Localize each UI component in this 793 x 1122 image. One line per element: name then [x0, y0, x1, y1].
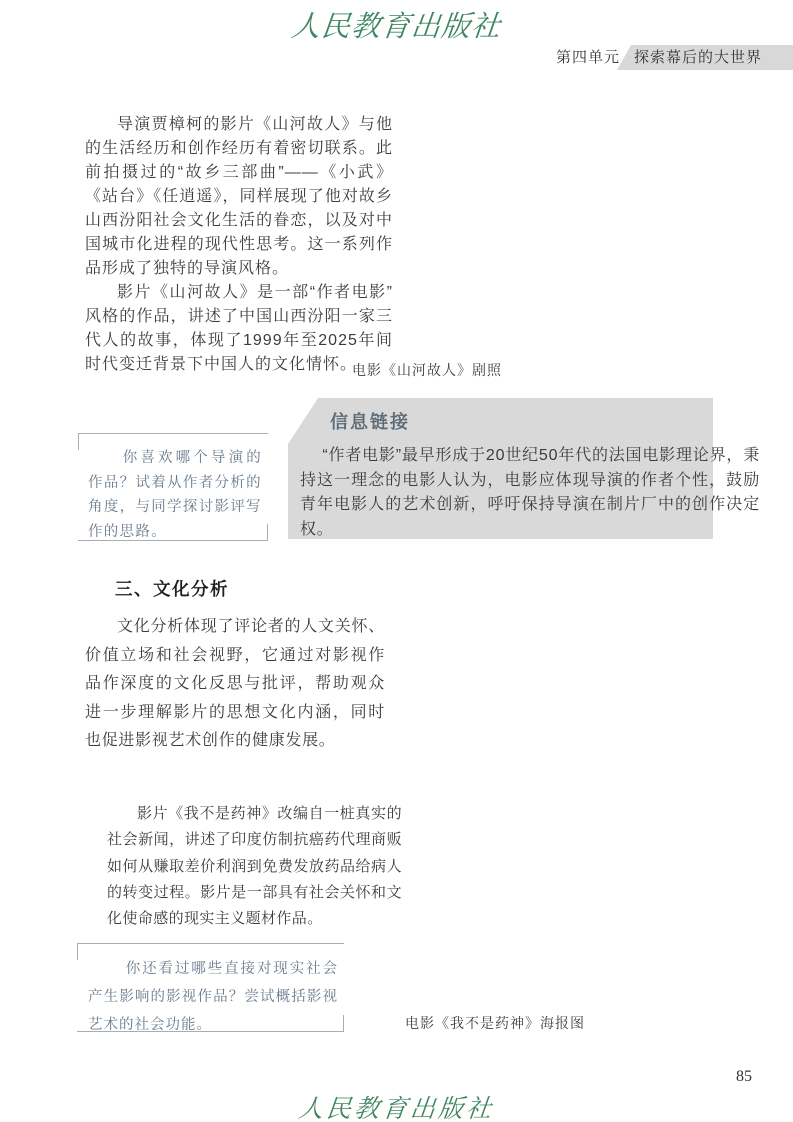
info-link-body: “作者电影”最早形成于20世纪50年代的法国电影理论界，秉持这一理念的电影人认为…	[300, 444, 760, 543]
textbook-page: 人民教育出版社 第四单元 探索幕后的大世界 导演贾樟柯的影片《山河故人》与他的生…	[0, 0, 793, 1122]
film-still-caption: 电影《山河故人》剧照	[352, 360, 502, 380]
publisher-logo-top: 人民教育出版社	[0, 4, 793, 45]
paragraph-auteur-film: 影片《山河故人》是一部“作者电影”风格的作品，讲述了中国山西汾阳一家三代人的故事…	[85, 281, 393, 377]
page-number: 85	[736, 1068, 752, 1086]
main-text-column: 导演贾樟柯的影片《山河故人》与他的生活经历和创作经历有着密切联系。此前拍摄过的“…	[85, 113, 393, 377]
paragraph-director-intro: 导演贾樟柯的影片《山河故人》与他的生活经历和创作经历有着密切联系。此前拍摄过的“…	[85, 113, 393, 281]
paragraph-culture-analysis: 文化分析体现了评论者的人文关怀、价值立场和社会视野，它通过对影视作品作深度的文化…	[85, 613, 385, 756]
margin-question-note-1: 你喜欢哪个导演的作品？试着从作者分析的角度，与同学探讨影评写作的思路。	[78, 433, 268, 541]
section-heading-culture-analysis: 三、文化分析	[115, 576, 229, 601]
margin-question-note-2: 你还看过哪些直接对现实社会产生影响的影视作品？尝试概括影视艺术的社会功能。	[77, 943, 344, 1032]
paragraph-dying-to-survive: 影片《我不是药神》改编自一桩真实的社会新闻，讲述了印度仿制抗癌药代理商贩如何从赚…	[107, 801, 402, 932]
margin-question-text-2: 你还看过哪些直接对现实社会产生影响的影视作品？尝试概括影视艺术的社会功能。	[77, 943, 344, 1039]
unit-title-tab: 探索幕后的大世界	[617, 45, 793, 70]
info-link-title: 信息链接	[330, 408, 410, 434]
unit-label: 第四单元	[556, 46, 620, 70]
margin-question-text-1: 你喜欢哪个导演的作品？试着从作者分析的角度，与同学探讨影评写作的思路。	[78, 433, 268, 544]
film-poster-caption: 电影《我不是药神》海报图	[405, 1013, 585, 1033]
publisher-logo-bottom: 人民教育出版社	[0, 1089, 793, 1122]
